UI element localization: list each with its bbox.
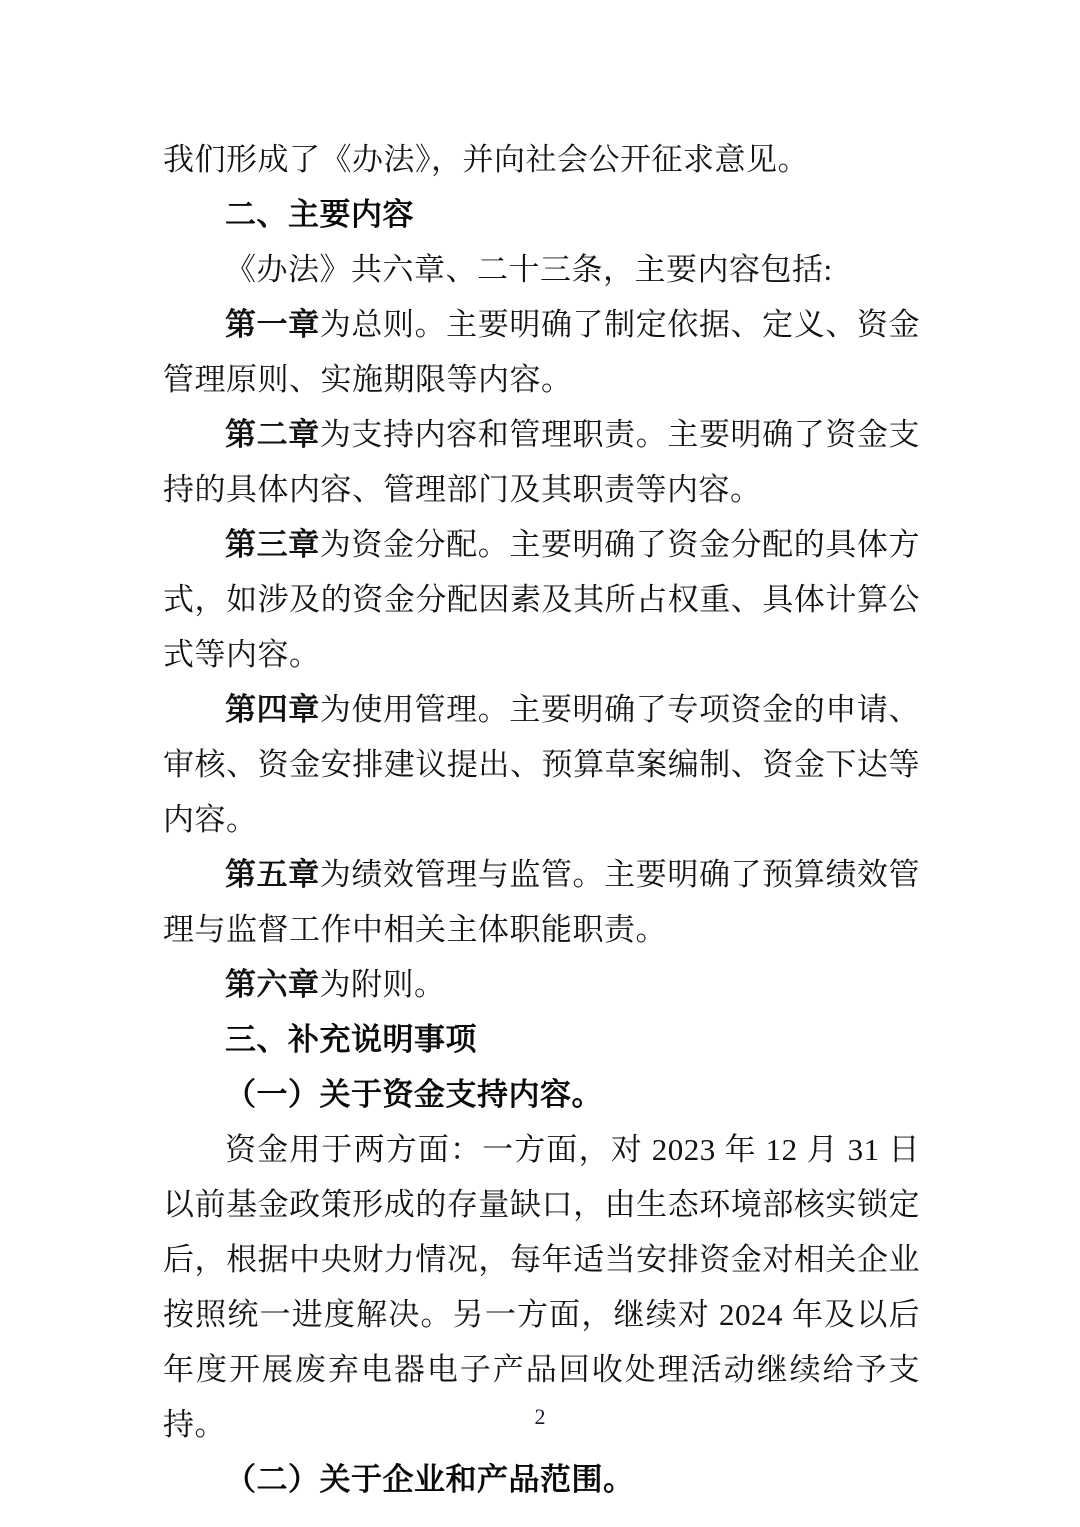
paragraph: 第四章为使用管理。主要明确了专项资金的申请、审核、资金安排建议提出、预算草案编制…	[163, 682, 920, 847]
paragraph: （一）关于资金支持内容。	[163, 1067, 920, 1122]
text-run-bold: 第六章	[225, 967, 320, 1002]
paragraph: 第三章为资金分配。主要明确了资金分配的具体方式，如涉及的资金分配因素及其所占权重…	[163, 517, 920, 682]
text-run: 《办法》共六章、二十三条，主要内容包括:	[225, 252, 833, 287]
text-run-bold: 二、主要内容	[225, 197, 414, 232]
text-run: 我们形成了《办法》，并向社会公开征求意见。	[163, 142, 809, 177]
text-run-bold: 第一章	[225, 307, 320, 342]
text-run-bold: 第三章	[225, 527, 320, 562]
text-run-bold: 第四章	[225, 692, 320, 727]
text-run: 资金用于两方面：一方面，对 2023 年 12 月 31 日以前基金政策形成的存…	[163, 1132, 920, 1442]
paragraph: 第五章为绩效管理与监管。主要明确了预算绩效管理与监督工作中相关主体职能职责。	[163, 847, 920, 957]
paragraph: 三、补充说明事项	[163, 1012, 920, 1067]
paragraph: 我们形成了《办法》，并向社会公开征求意见。	[163, 132, 920, 187]
text-run-bold: 第五章	[225, 857, 320, 892]
paragraph: 第二章为支持内容和管理职责。主要明确了资金支持的具体内容、管理部门及其职责等内容…	[163, 407, 920, 517]
paragraph: 第六章为附则。	[163, 957, 920, 1012]
text-run-bold: （二）关于企业和产品范围。	[225, 1462, 635, 1497]
paragraph: 二、主要内容	[163, 187, 920, 242]
document-body: 我们形成了《办法》，并向社会公开征求意见。二、主要内容《办法》共六章、二十三条，…	[163, 132, 920, 1507]
text-run-bold: （一）关于资金支持内容。	[225, 1077, 603, 1112]
text-run: 为附则。	[320, 967, 446, 1002]
paragraph: （二）关于企业和产品范围。	[163, 1452, 920, 1507]
paragraph: 《办法》共六章、二十三条，主要内容包括:	[163, 242, 920, 297]
document-page: 我们形成了《办法》，并向社会公开征求意见。二、主要内容《办法》共六章、二十三条，…	[0, 0, 1080, 1527]
page-footer: 2	[0, 1402, 1080, 1432]
text-run-bold: 三、补充说明事项	[225, 1022, 477, 1057]
page-number-label: 2	[535, 1404, 546, 1429]
text-run-bold: 第二章	[225, 417, 320, 452]
paragraph: 第一章为总则。主要明确了制定依据、定义、资金管理原则、实施期限等内容。	[163, 297, 920, 407]
